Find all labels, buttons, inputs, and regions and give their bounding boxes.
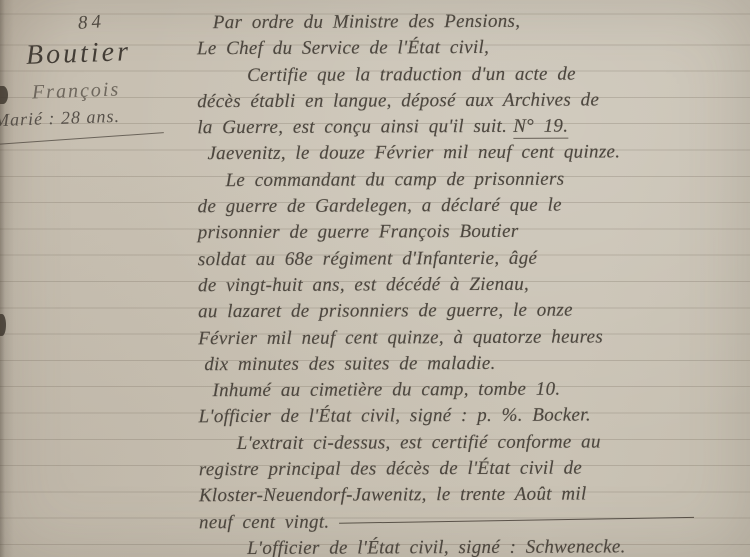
- manuscript-line: L'officier de l'État civil, signé : p. %…: [199, 402, 750, 431]
- manuscript-line: L'officier de l'État civil, signé : Schw…: [199, 534, 750, 557]
- manuscript-line: Jaevenitz, le douze Février mil neuf cen…: [197, 139, 749, 168]
- deceased-given-name: François: [32, 78, 121, 104]
- entry-number: 84: [77, 11, 105, 35]
- page-edge-mark: [0, 86, 8, 104]
- act-reference-number: N° 19.: [513, 116, 568, 139]
- manuscript-line: de guerre de Gardelegen, a déclaré que l…: [198, 192, 750, 221]
- manuscript-line: L'extrait ci-dessus, est certifié confor…: [199, 429, 750, 458]
- manuscript-line: Février mil neuf cent quinze, à quatorze…: [198, 323, 750, 352]
- manuscript-line: au lazaret de prisonniers de guerre, le …: [198, 297, 750, 326]
- manuscript-line: neuf cent vingt.: [199, 507, 750, 536]
- manuscript-line: soldat au 68e régiment d'Infanterie, âgé: [198, 244, 750, 273]
- manuscript-line: décès établi en langue, déposé aux Archi…: [197, 87, 749, 116]
- manuscript-line: prisonnier de guerre François Boutier: [198, 218, 750, 247]
- margin-underline: [0, 132, 164, 145]
- manuscript-line: la Guerre, est conçu ainsi qu'il suit.N°…: [197, 113, 749, 142]
- closing-rule-line: [339, 517, 694, 524]
- manuscript-line: Le Chef du Service de l'État civil,: [197, 34, 749, 63]
- manuscript-line: registre principal des décès de l'État c…: [199, 455, 750, 484]
- manuscript-line: Inhumé au cimetière du camp, tombe 10.: [198, 376, 750, 405]
- manuscript-line-text: neuf cent vingt.: [199, 511, 329, 533]
- deceased-surname: Boutier: [25, 36, 131, 72]
- manuscript-body: Par ordre du Ministre des Pensions, Le C…: [197, 8, 750, 557]
- manuscript-line: Le commandant du camp de prisonniers: [197, 166, 749, 195]
- manuscript-line-text: la Guerre, est conçu ainsi qu'il suit.: [197, 116, 507, 138]
- manuscript-line: Par ordre du Ministre des Pensions,: [197, 8, 749, 37]
- page-edge-mark: [0, 314, 6, 336]
- manuscript-page: 84 Boutier François Marié : 28 ans. Par …: [0, 0, 750, 557]
- marital-status-note: Marié : 28 ans.: [0, 106, 120, 131]
- manuscript-line: Certifie que la traduction d'un acte de: [197, 60, 749, 89]
- manuscript-line: de vingt-huit ans, est décédé à Zienau,: [198, 271, 750, 300]
- manuscript-line: dix minutes des suites de maladie.: [198, 350, 750, 379]
- manuscript-line: Kloster-Neuendorf-Jawenitz, le trente Ao…: [199, 481, 750, 510]
